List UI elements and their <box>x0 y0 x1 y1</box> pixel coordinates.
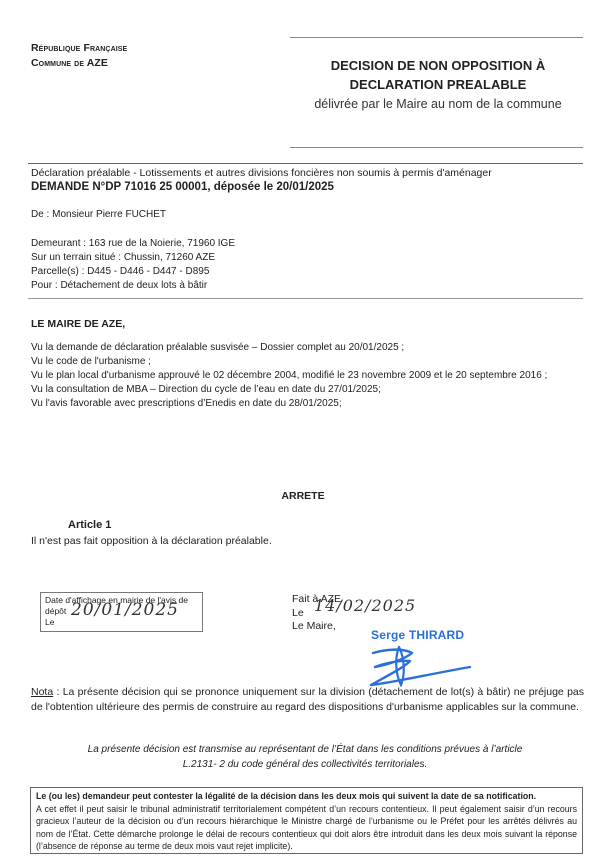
issuer-block: République Française Commune de AZE <box>31 41 127 71</box>
posting-date-box: Date d'affichage en mairie de l'avis de … <box>40 592 203 632</box>
signature-scribble-icon <box>365 645 475 687</box>
appeal-rights-box: Le (ou les) demandeur peut contester la … <box>30 787 583 854</box>
request-number: DEMANDE N°DP 71016 25 00001, déposée le … <box>31 180 583 195</box>
title-line-1: DECISION DE NON OPPOSITION À <box>292 56 584 75</box>
article-title: Article 1 <box>68 519 111 531</box>
nota-text: : La présente décision qui se prononce u… <box>31 686 584 713</box>
document-title-block: DECISION DE NON OPPOSITION À DECLARATION… <box>292 56 584 113</box>
title-bottom-divider <box>290 147 583 148</box>
consideration-item: Vu la consultation de MBA – Direction du… <box>31 383 584 397</box>
signature-block: Fait à AZE Le Le Maire, 14/02/2025 <box>292 593 341 634</box>
applicant-bottom-divider <box>28 298 583 299</box>
nota-paragraph: Nota : La présente décision qui se prono… <box>31 685 584 714</box>
decree-heading: ARRETE <box>0 490 606 502</box>
transmission-line-2: L.2131- 2 du code général des collectivi… <box>40 758 570 773</box>
mayor-heading: LE MAIRE DE AZE, <box>31 318 125 330</box>
considerations-list: Vu la demande de déclaration préalable s… <box>31 341 584 411</box>
appeal-body: A cet effet il peut saisir le tribunal a… <box>36 803 577 853</box>
parcels: Parcelle(s) : D445 - D446 - D447 - D895 <box>31 265 235 279</box>
applicant-details: Demeurant : 163 rue de la Noierie, 71960… <box>31 237 235 293</box>
title-line-2: DECLARATION PREALABLE <box>292 75 584 94</box>
posting-handwritten-date: 20/01/2025 <box>71 605 179 616</box>
transmission-line-1: La présente décision est transmise au re… <box>40 743 570 758</box>
title-subtitle: délivrée par le Maire au nom de la commu… <box>292 95 584 113</box>
purpose: Pour : Détachement de deux lots à bâtir <box>31 279 235 293</box>
request-type: Déclaration préalable - Lotissements et … <box>31 166 583 180</box>
mayor-name-stamp: Serge THIRARD <box>371 628 464 642</box>
consideration-item: Vu l'avis favorable avec prescriptions d… <box>31 397 584 411</box>
applicant-from: De : Monsieur Pierre FUCHET <box>31 208 166 222</box>
commune-label: Commune de AZE <box>31 56 127 71</box>
request-block: Déclaration préalable - Lotissements et … <box>31 166 583 195</box>
nota-label: Nota <box>31 686 53 698</box>
transmission-notice: La présente décision est transmise au re… <box>40 743 570 772</box>
land-location: Sur un terrain situé : Chussin, 71260 AZ… <box>31 251 235 265</box>
applicant-residence: Demeurant : 163 rue de la Noierie, 71960… <box>31 237 235 251</box>
consideration-item: Vu la demande de déclaration préalable s… <box>31 341 584 355</box>
signature-handwritten-date: 14/02/2025 <box>314 599 416 613</box>
republic-label: République Française <box>31 41 127 56</box>
consideration-item: Vu le plan local d'urbanisme approuvé le… <box>31 369 584 383</box>
request-top-divider <box>28 163 583 164</box>
signature-role: Le Maire, <box>292 620 341 634</box>
article-text: Il n'est pas fait opposition à la déclar… <box>31 535 272 547</box>
consideration-item: Vu le code de l'urbanisme ; <box>31 355 584 369</box>
appeal-heading: Le (ou les) demandeur peut contester la … <box>36 790 577 803</box>
title-top-divider <box>290 37 583 38</box>
